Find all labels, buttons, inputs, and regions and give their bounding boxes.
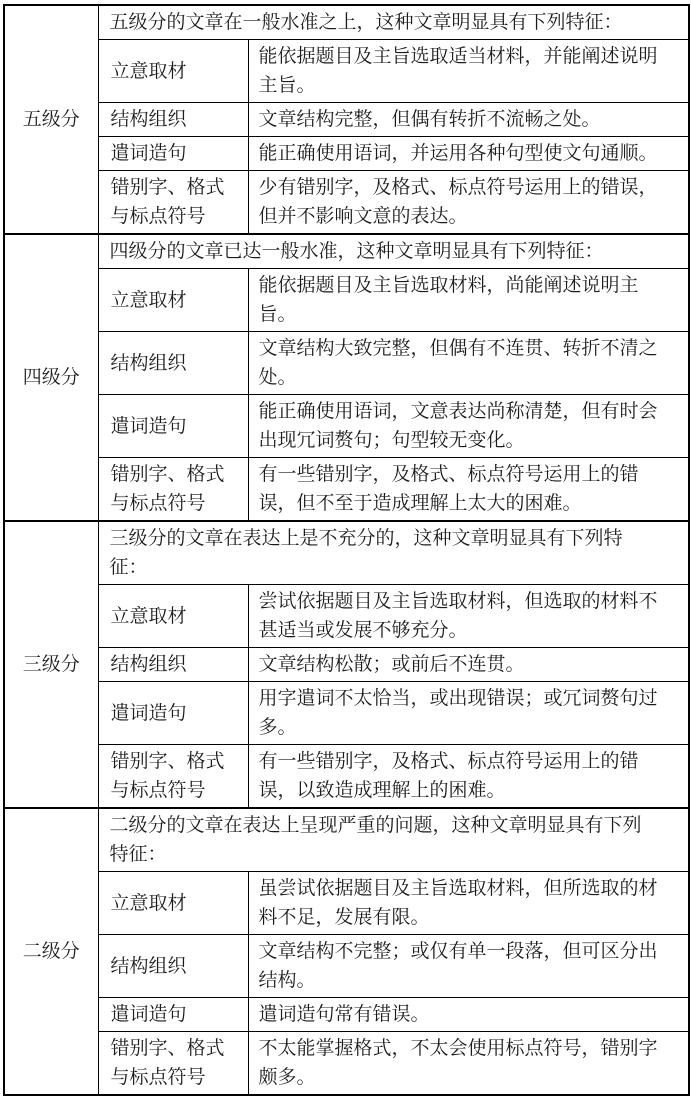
table-row: 结构组织 文章结构完整，但偶有转折不流畅之处。	[4, 103, 689, 137]
grade-cell: 二级分	[4, 808, 98, 1095]
grade-section-3: 三级分 三级分的文章在表达上是不充分的，这种文章明显具有下列特征： 立意取材 尝…	[4, 521, 689, 808]
section-intro-row: 二级分 二级分的文章在表达上呈现严重的问题，这种文章明显具有下列特征：	[4, 808, 689, 872]
table-row: 错别字、格式与标点符号 有一些错别字，及格式、标点符号运用上的错误，但不至于造成…	[4, 458, 689, 522]
table-row: 遣词造句 遣词造句常有错误。	[4, 998, 689, 1032]
table-row: 错别字、格式与标点符号 有一些错别字，及格式、标点符号运用上的错误，以致造成理解…	[4, 745, 689, 809]
description-cell: 虽尝试依据题目及主旨选取材料，但所选取的材料不足，发展有限。	[248, 872, 689, 935]
criterion-cell: 遣词造句	[98, 998, 248, 1032]
description-cell: 能依据题目及主旨选取适当材料，并能阐述说明主旨。	[248, 40, 689, 103]
criterion-cell: 错别字、格式与标点符号	[98, 458, 248, 522]
grade-section-2: 二级分 二级分的文章在表达上呈现严重的问题，这种文章明显具有下列特征： 立意取材…	[4, 808, 689, 1095]
criterion-cell: 立意取材	[98, 872, 248, 935]
description-cell: 有一些错别字，及格式、标点符号运用上的错误，以致造成理解上的困难。	[248, 745, 689, 809]
criterion-cell: 结构组织	[98, 935, 248, 998]
description-cell: 文章结构松散；或前后不连贯。	[248, 648, 689, 682]
description-cell: 不太能掌握格式，不太会使用标点符号，错别字颇多。	[248, 1032, 689, 1096]
table-row: 立意取材 尝试依据题目及主旨选取材料，但选取的材料不甚适当或发展不够充分。	[4, 585, 689, 648]
criterion-cell: 结构组织	[98, 103, 248, 137]
table-row: 遣词造句 能正确使用语词，并运用各种句型使文句通顺。	[4, 137, 689, 171]
description-cell: 尝试依据题目及主旨选取材料，但选取的材料不甚适当或发展不够充分。	[248, 585, 689, 648]
description-cell: 能依据题目及主旨选取材料，尚能阐述说明主旨。	[248, 269, 689, 332]
criterion-cell: 遣词造句	[98, 395, 248, 458]
description-cell: 文章结构大致完整，但偶有不连贯、转折不清之处。	[248, 332, 689, 395]
grade-section-5: 五级分 五级分的文章在一般水准之上，这种文章明显具有下列特征： 立意取材 能依据…	[4, 5, 689, 234]
grade-section-4: 四级分 四级分的文章已达一般水准，这种文章明显具有下列特征： 立意取材 能依据题…	[4, 234, 689, 521]
description-cell: 有一些错别字，及格式、标点符号运用上的错误，但不至于造成理解上太大的困难。	[248, 458, 689, 522]
criterion-cell: 遣词造句	[98, 682, 248, 745]
criterion-cell: 立意取材	[98, 585, 248, 648]
table-row: 错别字、格式与标点符号 不太能掌握格式，不太会使用标点符号，错别字颇多。	[4, 1032, 689, 1096]
description-cell: 能正确使用语词，文意表达尚称清楚，但有时会出现冗词赘句；句型较无变化。	[248, 395, 689, 458]
section-intro: 二级分的文章在表达上呈现严重的问题，这种文章明显具有下列特征：	[98, 808, 689, 872]
section-intro-row: 五级分 五级分的文章在一般水准之上，这种文章明显具有下列特征：	[4, 5, 689, 40]
grade-cell: 三级分	[4, 521, 98, 808]
criterion-cell: 立意取材	[98, 269, 248, 332]
criterion-cell: 错别字、格式与标点符号	[98, 1032, 248, 1096]
table-row: 立意取材 能依据题目及主旨选取适当材料，并能阐述说明主旨。	[4, 40, 689, 103]
table-row: 结构组织 文章结构不完整；或仅有单一段落，但可区分出结构。	[4, 935, 689, 998]
criterion-cell: 错别字、格式与标点符号	[98, 745, 248, 809]
table-row: 立意取材 能依据题目及主旨选取材料，尚能阐述说明主旨。	[4, 269, 689, 332]
section-intro: 三级分的文章在表达上是不充分的，这种文章明显具有下列特征：	[98, 521, 689, 585]
criterion-cell: 遣词造句	[98, 137, 248, 171]
table-row: 立意取材 虽尝试依据题目及主旨选取材料，但所选取的材料不足，发展有限。	[4, 872, 689, 935]
table-row: 遣词造句 用字遣词不太恰当，或出现错误；或冗词赘句过多。	[4, 682, 689, 745]
table-row: 结构组织 文章结构松散；或前后不连贯。	[4, 648, 689, 682]
section-intro-row: 四级分 四级分的文章已达一般水准，这种文章明显具有下列特征：	[4, 234, 689, 269]
description-cell: 少有错别字，及格式、标点符号运用上的错误，但并不影响文意的表达。	[248, 171, 689, 235]
criterion-cell: 结构组织	[98, 332, 248, 395]
grade-cell: 四级分	[4, 234, 98, 521]
criterion-cell: 错别字、格式与标点符号	[98, 171, 248, 235]
section-intro: 四级分的文章已达一般水准，这种文章明显具有下列特征：	[98, 234, 689, 269]
description-cell: 遣词造句常有错误。	[248, 998, 689, 1032]
grade-cell: 五级分	[4, 5, 98, 234]
criterion-cell: 立意取材	[98, 40, 248, 103]
description-cell: 用字遣词不太恰当，或出现错误；或冗词赘句过多。	[248, 682, 689, 745]
section-intro-row: 三级分 三级分的文章在表达上是不充分的，这种文章明显具有下列特征：	[4, 521, 689, 585]
criterion-cell: 结构组织	[98, 648, 248, 682]
table-row: 错别字、格式与标点符号 少有错别字，及格式、标点符号运用上的错误，但并不影响文意…	[4, 171, 689, 235]
description-cell: 文章结构完整，但偶有转折不流畅之处。	[248, 103, 689, 137]
table-row: 遣词造句 能正确使用语词，文意表达尚称清楚，但有时会出现冗词赘句；句型较无变化。	[4, 395, 689, 458]
section-intro: 五级分的文章在一般水准之上，这种文章明显具有下列特征：	[98, 5, 689, 40]
description-cell: 文章结构不完整；或仅有单一段落，但可区分出结构。	[248, 935, 689, 998]
grading-rubric-table: 五级分 五级分的文章在一般水准之上，这种文章明显具有下列特征： 立意取材 能依据…	[3, 4, 690, 1096]
table-row: 结构组织 文章结构大致完整，但偶有不连贯、转折不清之处。	[4, 332, 689, 395]
description-cell: 能正确使用语词，并运用各种句型使文句通顺。	[248, 137, 689, 171]
